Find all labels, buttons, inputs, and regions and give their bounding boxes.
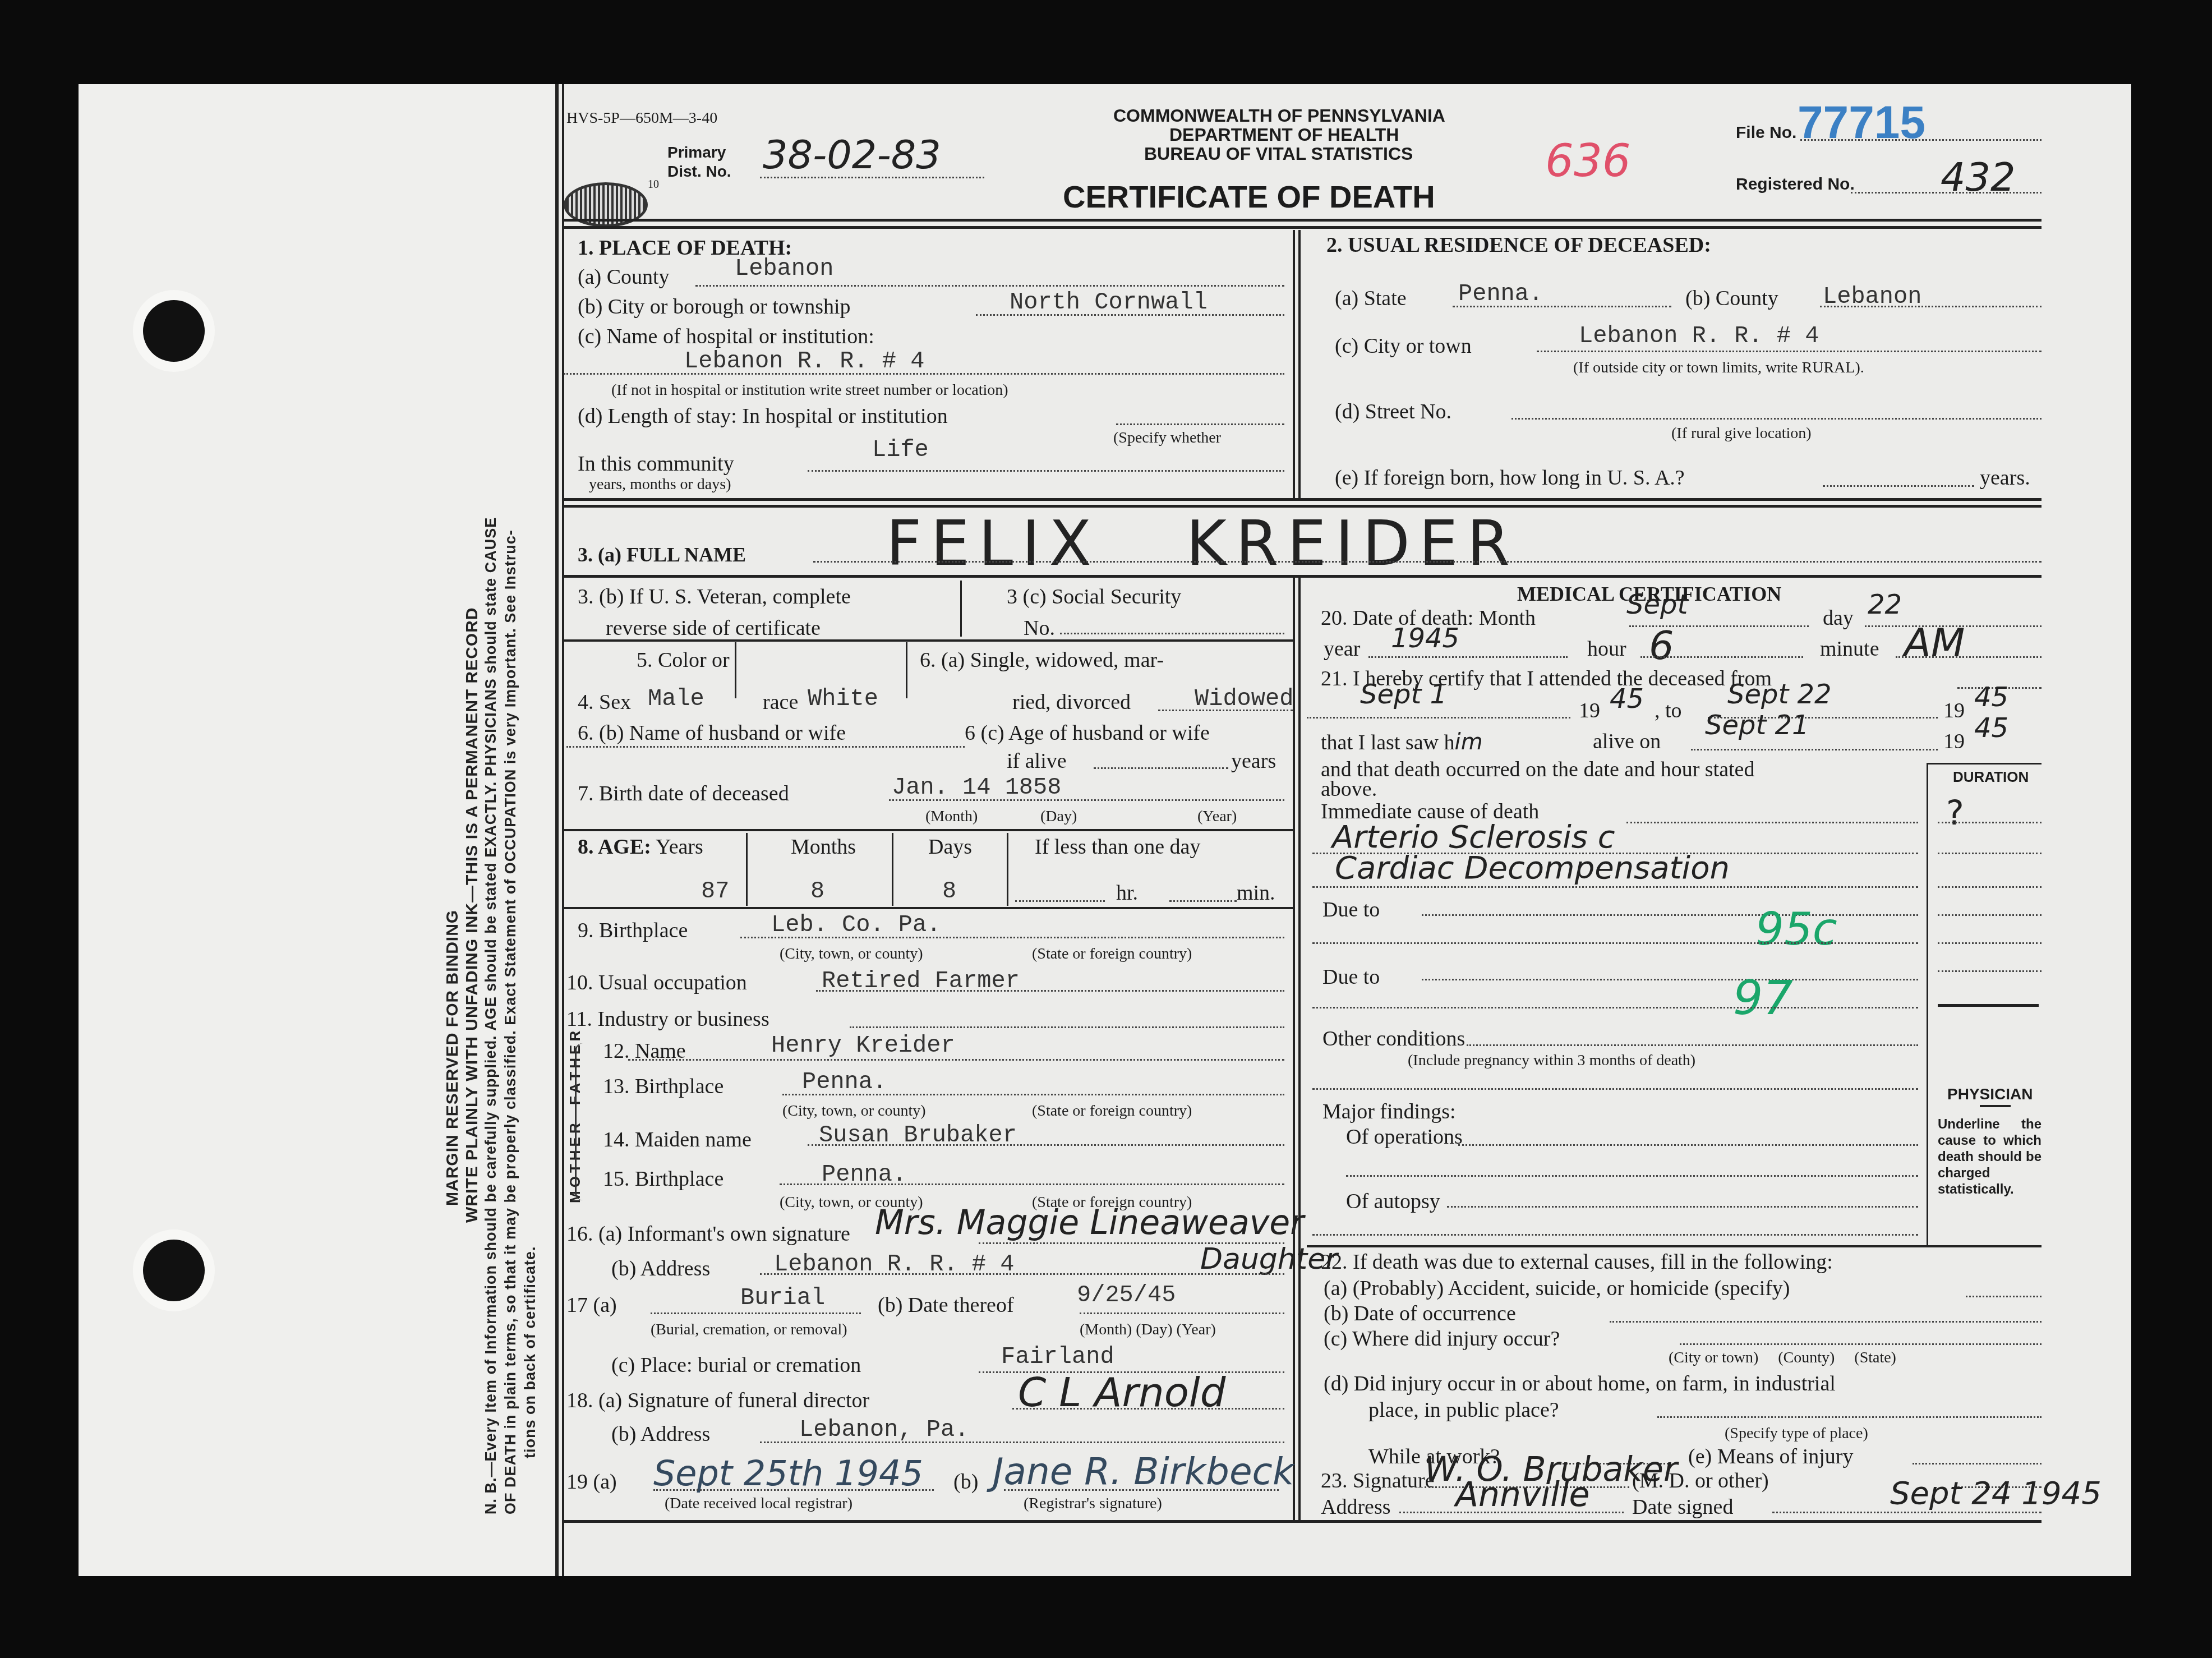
industry-label: 11. Industry or business — [566, 1007, 769, 1031]
death-month: Sept — [1626, 589, 1688, 620]
funeral-director-label: 18. (a) Signature of funeral director — [566, 1388, 869, 1413]
registrar-label: 19 (a) — [566, 1470, 617, 1494]
margin-note-2: WRITE PLAINLY WITH UNFADING INK—THIS IS … — [463, 607, 482, 1223]
binding-double-line — [555, 84, 564, 1576]
father-name-line — [628, 1059, 1284, 1061]
death-county: Lebanon — [735, 255, 833, 282]
birthplace-label: 9. Birthplace — [578, 918, 688, 943]
spouse-age-suffix: years — [1231, 749, 1276, 773]
director-address-line — [760, 1441, 1284, 1443]
age-hr-line — [1015, 900, 1105, 902]
res-foreign-suffix: years. — [1980, 466, 2030, 490]
date-received-note: (Date received local registrar) — [665, 1495, 852, 1513]
registrar-line — [1004, 1489, 1279, 1491]
res-foreign-label: (e) If foreign born, how long in U. S. A… — [1335, 466, 1685, 490]
duration-line-2 — [1938, 853, 2042, 854]
color-label: 5. Color or — [637, 648, 730, 673]
header-rule-2 — [564, 226, 2042, 229]
external-b-line — [1610, 1321, 2042, 1323]
external-a-label: (a) (Probably) Accident, suicide, or hom… — [1324, 1276, 1790, 1301]
age-hr-label: hr. — [1116, 881, 1138, 905]
physician-address-line — [1399, 1512, 1624, 1513]
mother-birthplace-line — [780, 1183, 1284, 1185]
birth-day-note: (Day) — [1040, 808, 1077, 826]
age-divider-3 — [1007, 833, 1008, 906]
county-line — [695, 285, 1284, 287]
birth-year-note: (Year) — [1197, 808, 1237, 826]
md-other-label: (M. D. or other) — [1632, 1468, 1769, 1493]
from-19: 19 — [1579, 698, 1600, 723]
death-year-line — [1368, 656, 1568, 658]
occurred-label: and that death occurred on the date and … — [1321, 757, 1754, 782]
rule-before-age — [564, 829, 1293, 831]
marital-label-1: 6. (a) Single, widowed, mar- — [920, 648, 1164, 673]
burial-place-value: Fairland — [1001, 1343, 1114, 1370]
operations-line-2 — [1346, 1175, 1918, 1177]
rule-after-age — [564, 907, 1293, 909]
dist-no-label: Dist. No. — [667, 162, 731, 181]
res-state-line — [1453, 306, 1671, 307]
seal-number: 10 — [648, 178, 659, 191]
disposition-note: (Burial, cremation, or removal) — [651, 1321, 847, 1339]
spouse-label: 6. (b) Name of husband or wife — [578, 721, 846, 745]
primary-dist-value: 38-02-83 — [763, 132, 941, 178]
duration-divider — [1927, 763, 1928, 1245]
father-name-value: Henry Kreider — [771, 1032, 955, 1059]
attended-from: Sept 1 — [1360, 679, 1447, 710]
age-days-value: 8 — [942, 878, 956, 905]
death-year: 1945 — [1391, 623, 1459, 654]
age-min-label: min. — [1237, 881, 1275, 905]
header-rule-1 — [564, 219, 2042, 222]
duration-line-1 — [1938, 822, 2042, 823]
to-label: , to — [1655, 698, 1682, 723]
statistical-code-2: 97 — [1733, 970, 1793, 1025]
statistical-code-1: 95c — [1755, 903, 1837, 955]
residence-heading: 2. USUAL RESIDENCE OF DECEASED: — [1326, 233, 1711, 257]
res-county-line — [1820, 306, 2042, 307]
disposition-date-note: (Month) (Day) (Year) — [1080, 1321, 1216, 1339]
alive-on-label: alive on — [1593, 729, 1661, 754]
res-street-note: (If rural give location) — [1671, 425, 1812, 443]
res-county-label: (b) County — [1685, 286, 1778, 311]
birthplace-value: Leb. Co. Pa. — [771, 911, 941, 938]
disposition-label: 17 (a) — [566, 1293, 617, 1318]
header-bureau: BUREAU OF VITAL STATISTICS — [1144, 144, 1413, 164]
operations-line — [1458, 1144, 1918, 1146]
age-days-label: Days — [928, 835, 972, 859]
major-findings-label: Major findings: — [1322, 1099, 1455, 1124]
autopsy-line-2 — [1312, 1234, 1918, 1236]
physician-note: Underline the cause to which death shoul… — [1938, 1116, 2042, 1198]
margin-note-3: N. B.—Every Item of Information should b… — [482, 517, 500, 1514]
age-years-label: 8. AGE: Years — [578, 835, 703, 859]
from-year: 45 — [1610, 683, 1644, 715]
age-months-label: Months — [791, 835, 856, 859]
mother-birthplace-label: 15. Birthplace — [603, 1167, 723, 1191]
sex-label: 4. Sex — [578, 690, 631, 715]
date-signed-value: Sept 24 1945 — [1890, 1475, 2102, 1512]
res-foreign-line — [1823, 485, 1974, 487]
section-divider — [1293, 230, 1295, 499]
burial-place-label: (c) Place: burial or cremation — [611, 1353, 861, 1378]
father-birthplace-label: 13. Birthplace — [603, 1074, 723, 1099]
external-d-label-1: (d) Did injury occur in or about home, o… — [1324, 1371, 1836, 1396]
ssn-label-1: 3 (c) Social Security — [1007, 584, 1181, 609]
death-hour: 6 — [1649, 623, 1674, 669]
primary-dist-label: Primary Dist. No. — [667, 143, 731, 181]
means-of-injury-label: (e) Means of injury — [1688, 1444, 1853, 1469]
margin-note-1: MARGIN RESERVED FOR BINDING — [443, 910, 462, 1206]
other-conditions-line-2 — [1312, 1088, 1918, 1090]
community-note: years, months or days) — [589, 476, 731, 494]
full-name-label: 3. (a) FULL NAME — [578, 543, 746, 567]
birthplace-line — [740, 937, 1284, 938]
father-bp-city-note: (City, town, or county) — [782, 1102, 926, 1120]
disposition-date-line — [1080, 1312, 1284, 1314]
header-commonwealth: COMMONWEALTH OF PENNSYLVANIA — [1113, 105, 1445, 126]
death-hour-line — [1640, 656, 1803, 658]
stay-note: (Specify whether — [1113, 429, 1221, 447]
informant-address-line — [760, 1273, 1284, 1275]
physician-address: Annville — [1455, 1475, 1590, 1514]
external-c-line — [1680, 1343, 2042, 1345]
duration-line-5 — [1938, 942, 2042, 944]
registrar-signature: Jane R. Birkbeck — [993, 1450, 1294, 1493]
birth-date-line — [889, 799, 1284, 801]
funeral-director-line — [1012, 1408, 1284, 1410]
immediate-cause-2: Cardiac Decompensation — [1335, 850, 1730, 886]
registrar-b-label: (b) — [953, 1470, 978, 1494]
stay-line — [1116, 423, 1284, 425]
form-code: HVS-5P—650M—3-40 — [566, 109, 717, 127]
attended-to: Sept 22 — [1727, 679, 1832, 710]
ssn-label-2: No. — [1024, 616, 1055, 641]
last-saw-pronoun: im — [1455, 729, 1483, 755]
father-bp-state-note: (State or foreign country) — [1032, 1102, 1192, 1120]
margin-note-5: tions on back of certificate. — [522, 1246, 539, 1458]
due-to-label-1: Due to — [1322, 897, 1380, 922]
due-to-line-2 — [1422, 979, 1918, 980]
header-department: DEPARTMENT OF HEALTH — [1169, 125, 1399, 145]
registered-no-line — [1851, 192, 2042, 194]
external-d-note: (Specify type of place) — [1725, 1425, 1868, 1443]
death-city: North Cornwall — [1010, 289, 1208, 316]
external-d-line — [1657, 1416, 2042, 1418]
column-divider-2 — [1298, 578, 1301, 1520]
date-received-line — [653, 1489, 934, 1491]
due-to-line-1 — [1422, 914, 1918, 916]
hospital-label: (c) Name of hospital or institution: — [578, 324, 874, 349]
sex-divider — [735, 642, 736, 698]
rule-bottom — [564, 1520, 2042, 1523]
res-city: Lebanon R. R. # 4 — [1579, 323, 1819, 349]
mother-name-label: 14. Maiden name — [603, 1127, 752, 1152]
date-signed-label: Date signed — [1632, 1495, 1733, 1519]
full-name-value: FELIX KREIDER — [886, 508, 1519, 579]
red-annotation: 636 — [1545, 135, 1631, 187]
duration-bottom-rule — [1938, 1004, 2039, 1007]
mother-name-line — [808, 1144, 1284, 1146]
file-no-label: File No. — [1736, 123, 1796, 142]
immediate-cause-line — [1626, 822, 1918, 823]
director-address-label: (b) Address — [611, 1422, 710, 1447]
other-conditions-label: Other conditions — [1322, 1026, 1465, 1051]
hospital-note: (If not in hospital or institution write… — [611, 381, 1008, 399]
other-conditions-line — [1467, 1044, 1918, 1046]
res-state: Penna. — [1458, 280, 1543, 307]
full-name-line — [813, 561, 2042, 563]
due-to-line-1b — [1312, 942, 1918, 944]
date-signed-line — [1772, 1512, 2042, 1513]
physician-heading: PHYSICIAN — [1947, 1085, 2033, 1103]
punch-hole-top — [143, 300, 205, 362]
registrar-note: (Registrar's signature) — [1024, 1495, 1162, 1513]
res-state-label: (a) State — [1335, 286, 1407, 311]
last-saw-label: that I last saw him — [1321, 729, 1483, 755]
spouse-age-line — [1094, 767, 1228, 769]
external-causes-label: 22. If death was due to external causes,… — [1321, 1250, 1833, 1274]
above-label: above. — [1321, 777, 1377, 802]
primary-dist-line — [760, 177, 984, 178]
hospital-value: Lebanon R. R. # 4 — [684, 348, 924, 375]
rule-name-top-1 — [564, 498, 2042, 501]
veteran-divider — [960, 581, 962, 637]
last-saw-date: Sept 21 — [1705, 710, 1809, 741]
veteran-label-1: 3. (b) If U. S. Veteran, complete — [578, 584, 851, 609]
last-year: 45 — [1974, 712, 2008, 744]
registered-no-label: Registered No. — [1736, 175, 1855, 194]
ssn-line — [1060, 633, 1284, 634]
rule-after-ssn — [564, 639, 1293, 642]
res-street-label: (d) Street No. — [1335, 399, 1451, 424]
marital-line — [1158, 710, 1293, 711]
disposition-date: 9/25/45 — [1077, 1282, 1176, 1309]
external-c-note: (City or town) (County) (State) — [1669, 1349, 1896, 1367]
last-saw-text: that I last saw h — [1321, 731, 1455, 754]
external-b-label: (b) Date of occurrence — [1324, 1301, 1516, 1326]
race-divider — [906, 642, 907, 698]
duration-line-4 — [1938, 914, 2042, 916]
father-birthplace-line — [782, 1094, 1284, 1095]
due-to-label-2: Due to — [1322, 965, 1380, 989]
rule-name-bottom — [564, 575, 2042, 578]
death-hour-label: hour — [1587, 637, 1626, 661]
death-year-label: year — [1324, 637, 1360, 661]
age-divider-1 — [746, 833, 748, 906]
file-no-value: 77715 — [1798, 96, 1925, 149]
father-birthplace-value: Penna. — [802, 1069, 887, 1095]
death-minute-line — [1896, 656, 2042, 658]
industry-line — [850, 1026, 1284, 1028]
spouse-age-label-1: 6 (c) Age of husband or wife — [965, 721, 1210, 745]
occupation-line — [816, 990, 1284, 992]
birthplace-state-note: (State or foreign country) — [1032, 945, 1192, 963]
rule-before-external — [1307, 1245, 2042, 1247]
section-divider-2 — [1298, 230, 1301, 499]
birth-date-label: 7. Birth date of deceased — [578, 781, 789, 806]
city-line — [976, 314, 1284, 316]
sex-value: Male — [648, 685, 704, 712]
occupation-label: 10. Usual occupation — [566, 970, 747, 995]
external-d-label-2: place, in public place? — [1368, 1398, 1559, 1422]
means-of-injury-line — [1913, 1463, 2042, 1464]
informant-signature: Mrs. Maggie Lineaweaver — [875, 1203, 1304, 1242]
res-city-line — [1537, 351, 2042, 352]
marital-label-2: ried, divorced — [1012, 690, 1131, 715]
parents-brace — [575, 1043, 588, 1200]
to-19: 19 — [1943, 698, 1965, 723]
margin-note-4: OF DEATH in plain terms, so that it may … — [502, 529, 519, 1514]
informant-relation: Daughter — [1200, 1242, 1338, 1276]
director-address-value: Lebanon, Pa. — [799, 1416, 969, 1443]
birth-month-note: (Month) — [925, 808, 978, 826]
file-no-line — [1800, 139, 2042, 141]
duration-line-3 — [1938, 886, 2042, 888]
external-a-line — [1966, 1296, 2042, 1297]
death-day-label: day — [1823, 606, 1854, 630]
disposition-value: Burial — [740, 1284, 825, 1311]
physician-signature-label: 23. Signature — [1321, 1468, 1435, 1493]
informant-address-label: (b) Address — [611, 1256, 710, 1281]
physician-dash — [1980, 1105, 2011, 1107]
race-value: White — [808, 685, 878, 712]
age-years-value: 87 — [701, 878, 729, 905]
race-label: race — [763, 690, 798, 715]
death-minute: AM — [1904, 620, 1965, 666]
certificate-title: CERTIFICATE OF DEATH — [1063, 178, 1435, 215]
death-minute-label: minute — [1820, 637, 1879, 661]
autopsy-line — [1447, 1206, 1918, 1208]
res-city-label: (c) City or town — [1335, 334, 1472, 358]
age-heading: 8. AGE: — [578, 835, 651, 859]
age-divider-2 — [892, 833, 893, 906]
res-street-line — [1511, 418, 2042, 420]
community-label: In this community — [578, 452, 734, 476]
disposition-line — [651, 1312, 861, 1314]
duration-top-rule — [1927, 763, 2042, 764]
city-label: (b) City or borough or township — [578, 294, 851, 319]
cause-line-2 — [1312, 886, 1918, 888]
spouse-age-label-2: if alive — [1007, 749, 1067, 773]
autopsy-label: Of autopsy — [1346, 1189, 1440, 1214]
primary-label: Primary — [667, 143, 731, 162]
birthplace-city-note: (City, town, or county) — [780, 945, 923, 963]
disposition-date-label: (b) Date thereof — [878, 1293, 1014, 1318]
county-label: (a) County — [578, 265, 670, 289]
res-city-note: (If outside city or town limits, write R… — [1573, 359, 1864, 377]
birth-date-value: Jan. 14 1858 — [892, 774, 1061, 801]
punch-hole-bottom — [143, 1240, 205, 1301]
to-year: 45 — [1974, 681, 2008, 713]
age-min-line — [1169, 900, 1237, 902]
other-conditions-note: (Include pregnancy within 3 months of de… — [1408, 1052, 1695, 1070]
last-saw-line — [1691, 749, 1938, 750]
duration-value: ? — [1946, 794, 1964, 833]
age-months-value: 8 — [810, 878, 824, 905]
death-day: 22 — [1868, 589, 1902, 620]
duration-heading: DURATION — [1953, 768, 2029, 786]
date-received: Sept 25th 1945 — [653, 1453, 923, 1494]
hospital-line — [564, 373, 1284, 375]
marital-value: Widowed — [1195, 685, 1293, 712]
attended-from-line — [1307, 717, 1570, 719]
operations-label: Of operations — [1346, 1125, 1463, 1149]
community-line — [808, 470, 1284, 472]
external-c-label: (c) Where did injury occur? — [1324, 1327, 1560, 1351]
informant-sig-label: 16. (a) Informant's own signature — [566, 1222, 850, 1246]
last-19: 19 — [1943, 729, 1965, 754]
stay-label: (d) Length of stay: In hospital or insti… — [578, 404, 948, 429]
community-value: Life — [872, 436, 929, 463]
veteran-label-2: reverse side of certificate — [606, 616, 821, 641]
physician-address-label: Address — [1321, 1495, 1391, 1519]
spouse-line — [566, 746, 965, 748]
age-less-label: If less than one day — [1035, 835, 1200, 859]
duration-line-6 — [1938, 970, 2042, 972]
due-to-line-2b — [1312, 1007, 1918, 1008]
column-divider — [1293, 578, 1295, 1520]
